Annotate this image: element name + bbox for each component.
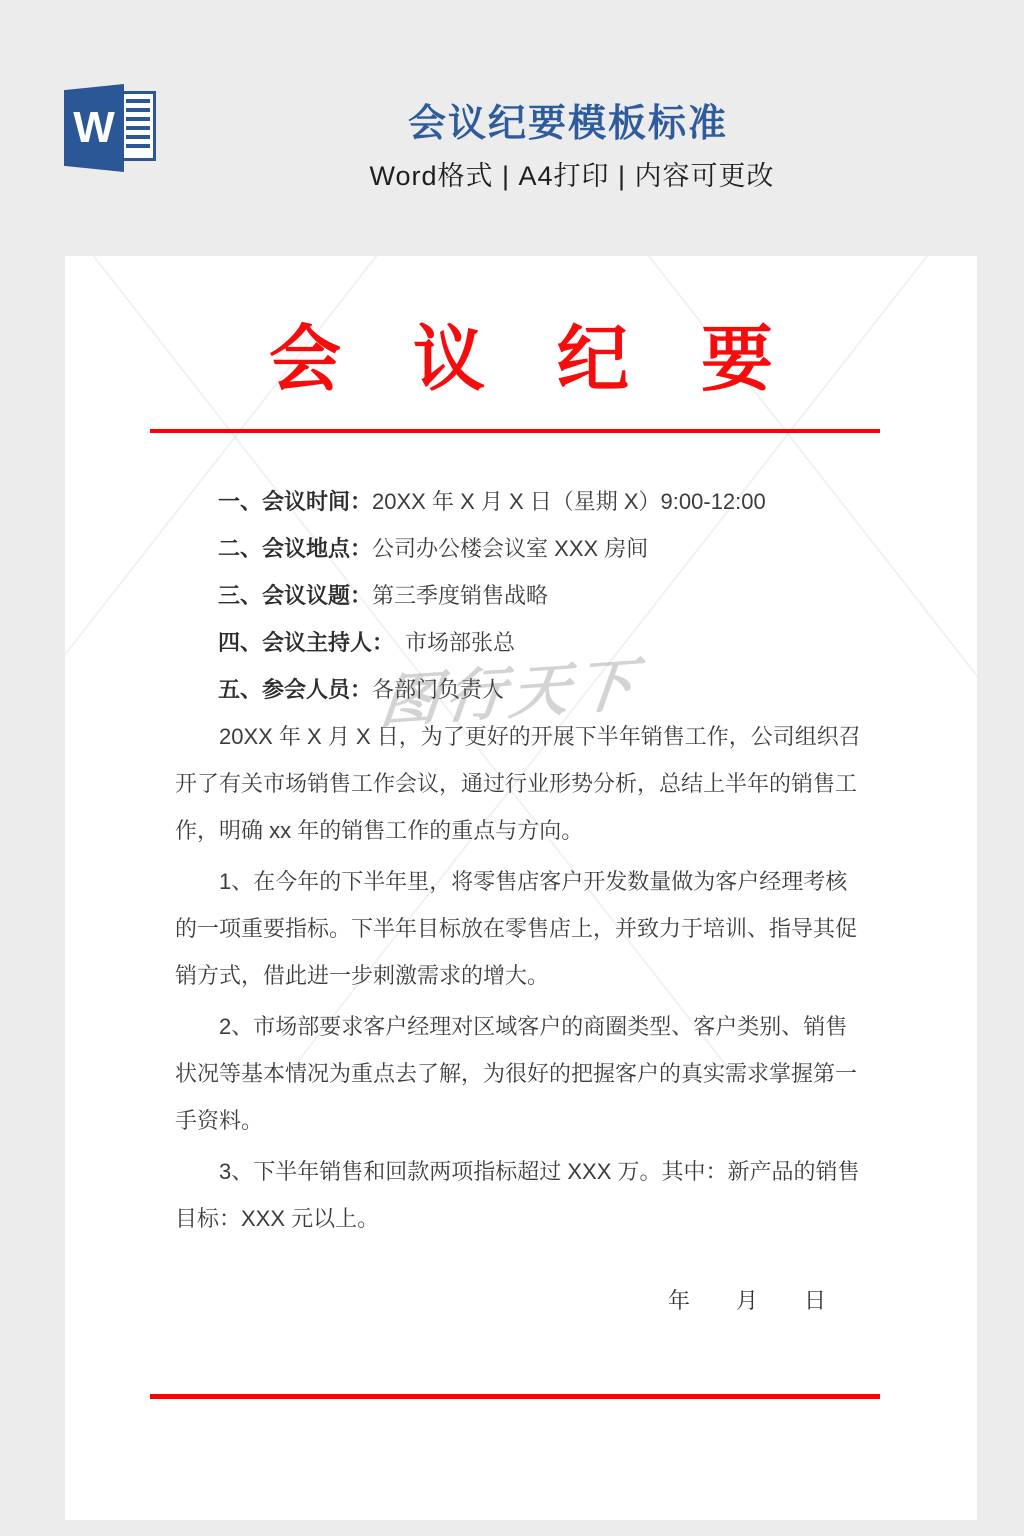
meta-label: 会议地点： bbox=[262, 536, 372, 561]
meta-prefix: 二、 bbox=[218, 536, 262, 561]
document-body: 一、会议时间：20XX 年 X 月 X 日（星期 X）9:00-12:00 二、… bbox=[175, 478, 869, 1246]
meta-item-attendees: 五、参会人员：各部门负责人 bbox=[218, 666, 869, 713]
meta-label: 会议议题： bbox=[262, 583, 372, 608]
meta-label: 会议时间： bbox=[262, 489, 372, 514]
meta-item-topic: 三、会议议题：第三季度销售战略 bbox=[218, 572, 869, 619]
signature-date-line: 年 月 日 bbox=[668, 1284, 838, 1315]
meta-prefix: 一、 bbox=[218, 489, 262, 514]
paragraph: 3、下半年销售和回款两项指标超过 XXX 万。其中：新产品的销售目标：XXX 元… bbox=[175, 1148, 869, 1242]
meta-prefix: 四、 bbox=[218, 630, 262, 655]
meta-value: 公司办公楼会议室 XXX 房间 bbox=[372, 536, 648, 561]
title-underline-rule bbox=[150, 429, 880, 433]
paragraph-block: 20XX 年 X 月 X 日，为了更好的开展下半年销售工作，公司组织召开了有关市… bbox=[175, 713, 869, 1242]
meta-value: 20XX 年 X 月 X 日（星期 X）9:00-12:00 bbox=[372, 489, 766, 514]
meta-item-place: 二、会议地点：公司办公楼会议室 XXX 房间 bbox=[218, 525, 869, 572]
meta-value: 第三季度销售战略 bbox=[372, 583, 548, 608]
meta-item-time: 一、会议时间：20XX 年 X 月 X 日（星期 X）9:00-12:00 bbox=[218, 478, 869, 525]
paragraph: 2、市场部要求客户经理对区域客户的商圈类型、客户类别、销售状况等基本情况为重点去… bbox=[175, 1003, 869, 1144]
document-page: 图行天下 会议纪要 一、会议时间：20XX 年 X 月 X 日（星期 X）9:0… bbox=[65, 256, 977, 1520]
paragraph: 20XX 年 X 月 X 日，为了更好的开展下半年销售工作，公司组织召开了有关市… bbox=[175, 713, 869, 854]
meta-item-host: 四、会议主持人： 市场部张总 bbox=[218, 619, 869, 666]
meta-value: 市场部张总 bbox=[383, 630, 515, 655]
meta-prefix: 五、 bbox=[218, 677, 262, 702]
document-title: 会议纪要 bbox=[65, 320, 977, 400]
meta-label: 参会人员： bbox=[262, 677, 372, 702]
template-title: 会议纪要模板标准 bbox=[0, 92, 1024, 147]
paragraph: 1、在今年的下半年里，将零售店客户开发数量做为客户经理考核的一项重要指标。下半年… bbox=[175, 858, 869, 999]
meta-prefix: 三、 bbox=[218, 583, 262, 608]
meta-value: 各部门负责人 bbox=[372, 677, 504, 702]
footer-rule bbox=[150, 1394, 880, 1399]
template-subtitle: Word格式 | A4打印 | 内容可更改 bbox=[0, 154, 1024, 193]
meta-label: 会议主持人： bbox=[262, 630, 383, 655]
